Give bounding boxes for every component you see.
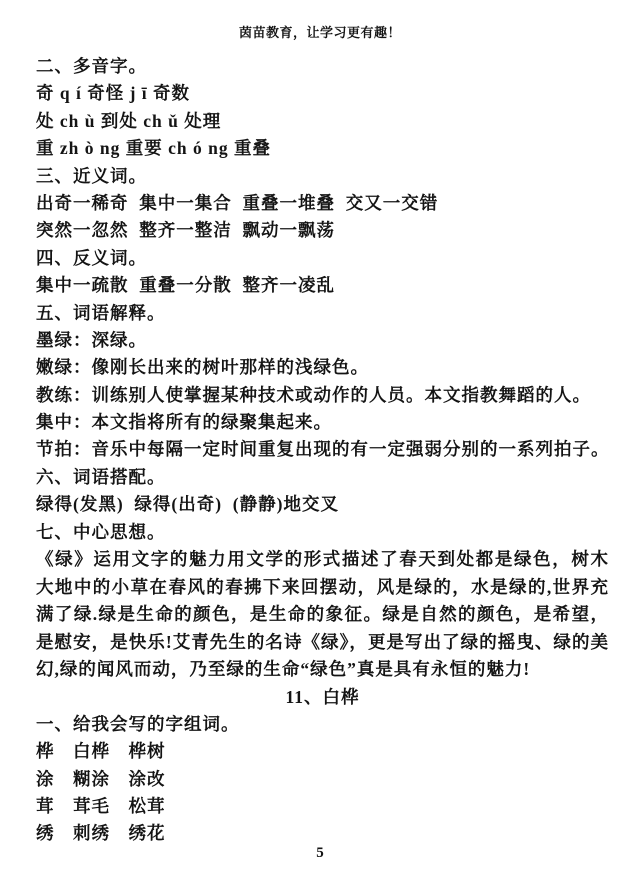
word-row-tu: 涂 糊涂 涂改 — [36, 766, 609, 793]
definition-moly: 墨绿：深绿。 — [36, 327, 609, 354]
worksheet-page: 茵苗教育，让学习更有趣！ 二、多音字。 奇 q í 奇怪 j ī 奇数 处 ch… — [0, 0, 640, 873]
lesson-title: 11、白桦 — [36, 684, 609, 711]
definition-jiaolian: 教练：训练别人使掌握某种技术或动作的人员。本文指教舞蹈的人。 — [36, 382, 609, 409]
synonyms-line-1: 出奇一稀奇 集中一集合 重叠一堆叠 交又一交错 — [36, 190, 609, 217]
lesson-subheading: 一、给我会写的字组词。 — [36, 711, 609, 738]
document-header-brand: 茵苗教育，让学习更有趣！ — [0, 0, 640, 41]
section-heading-antonyms: 四、反义词。 — [36, 245, 609, 272]
synonyms-line-2: 突然一忽然 整齐一整洁 飘动一飘荡 — [36, 217, 609, 244]
definition-jiepai: 节拍：音乐中每隔一定时间重复出现的有一定强弱分别的一系列拍子。 — [36, 436, 609, 463]
polyphone-line-chu: 处 ch ù 到处 ch ǔ 处理 — [36, 108, 609, 135]
section-heading-polyphones: 二、多音字。 — [36, 53, 609, 80]
polyphone-line-zhong: 重 zh ò ng 重要 ch ó ng 重叠 — [36, 135, 609, 162]
main-idea-paragraph: 《绿》运用文字的魅力用文学的形式描述了春天到处都是绿色，树木大地中的小草在春风的… — [36, 546, 609, 684]
section-heading-synonyms: 三、近义词。 — [36, 163, 609, 190]
definition-nenly: 嫩绿：像刚长出来的树叶那样的浅绿色。 — [36, 354, 609, 381]
definition-jizhong: 集中：本文指将所有的绿聚集起来。 — [36, 409, 609, 436]
word-row-rong: 茸 茸毛 松茸 — [36, 793, 609, 820]
section-heading-collocations: 六、词语搭配。 — [36, 464, 609, 491]
antonyms-line-1: 集中一疏散 重叠一分散 整齐一凌乱 — [36, 272, 609, 299]
polyphone-line-qi: 奇 q í 奇怪 j ī 奇数 — [36, 80, 609, 107]
section-heading-definitions: 五、词语解释。 — [36, 300, 609, 327]
word-row-hua: 桦 白桦 桦树 — [36, 738, 609, 765]
document-body: 二、多音字。 奇 q í 奇怪 j ī 奇数 处 ch ù 到处 ch ǔ 处理… — [36, 53, 609, 848]
collocations-line-1: 绿得(发黑) 绿得(出奇) (静静)地交叉 — [36, 491, 609, 518]
section-heading-main-idea: 七、中心思想。 — [36, 519, 609, 546]
page-number: 5 — [0, 844, 640, 862]
